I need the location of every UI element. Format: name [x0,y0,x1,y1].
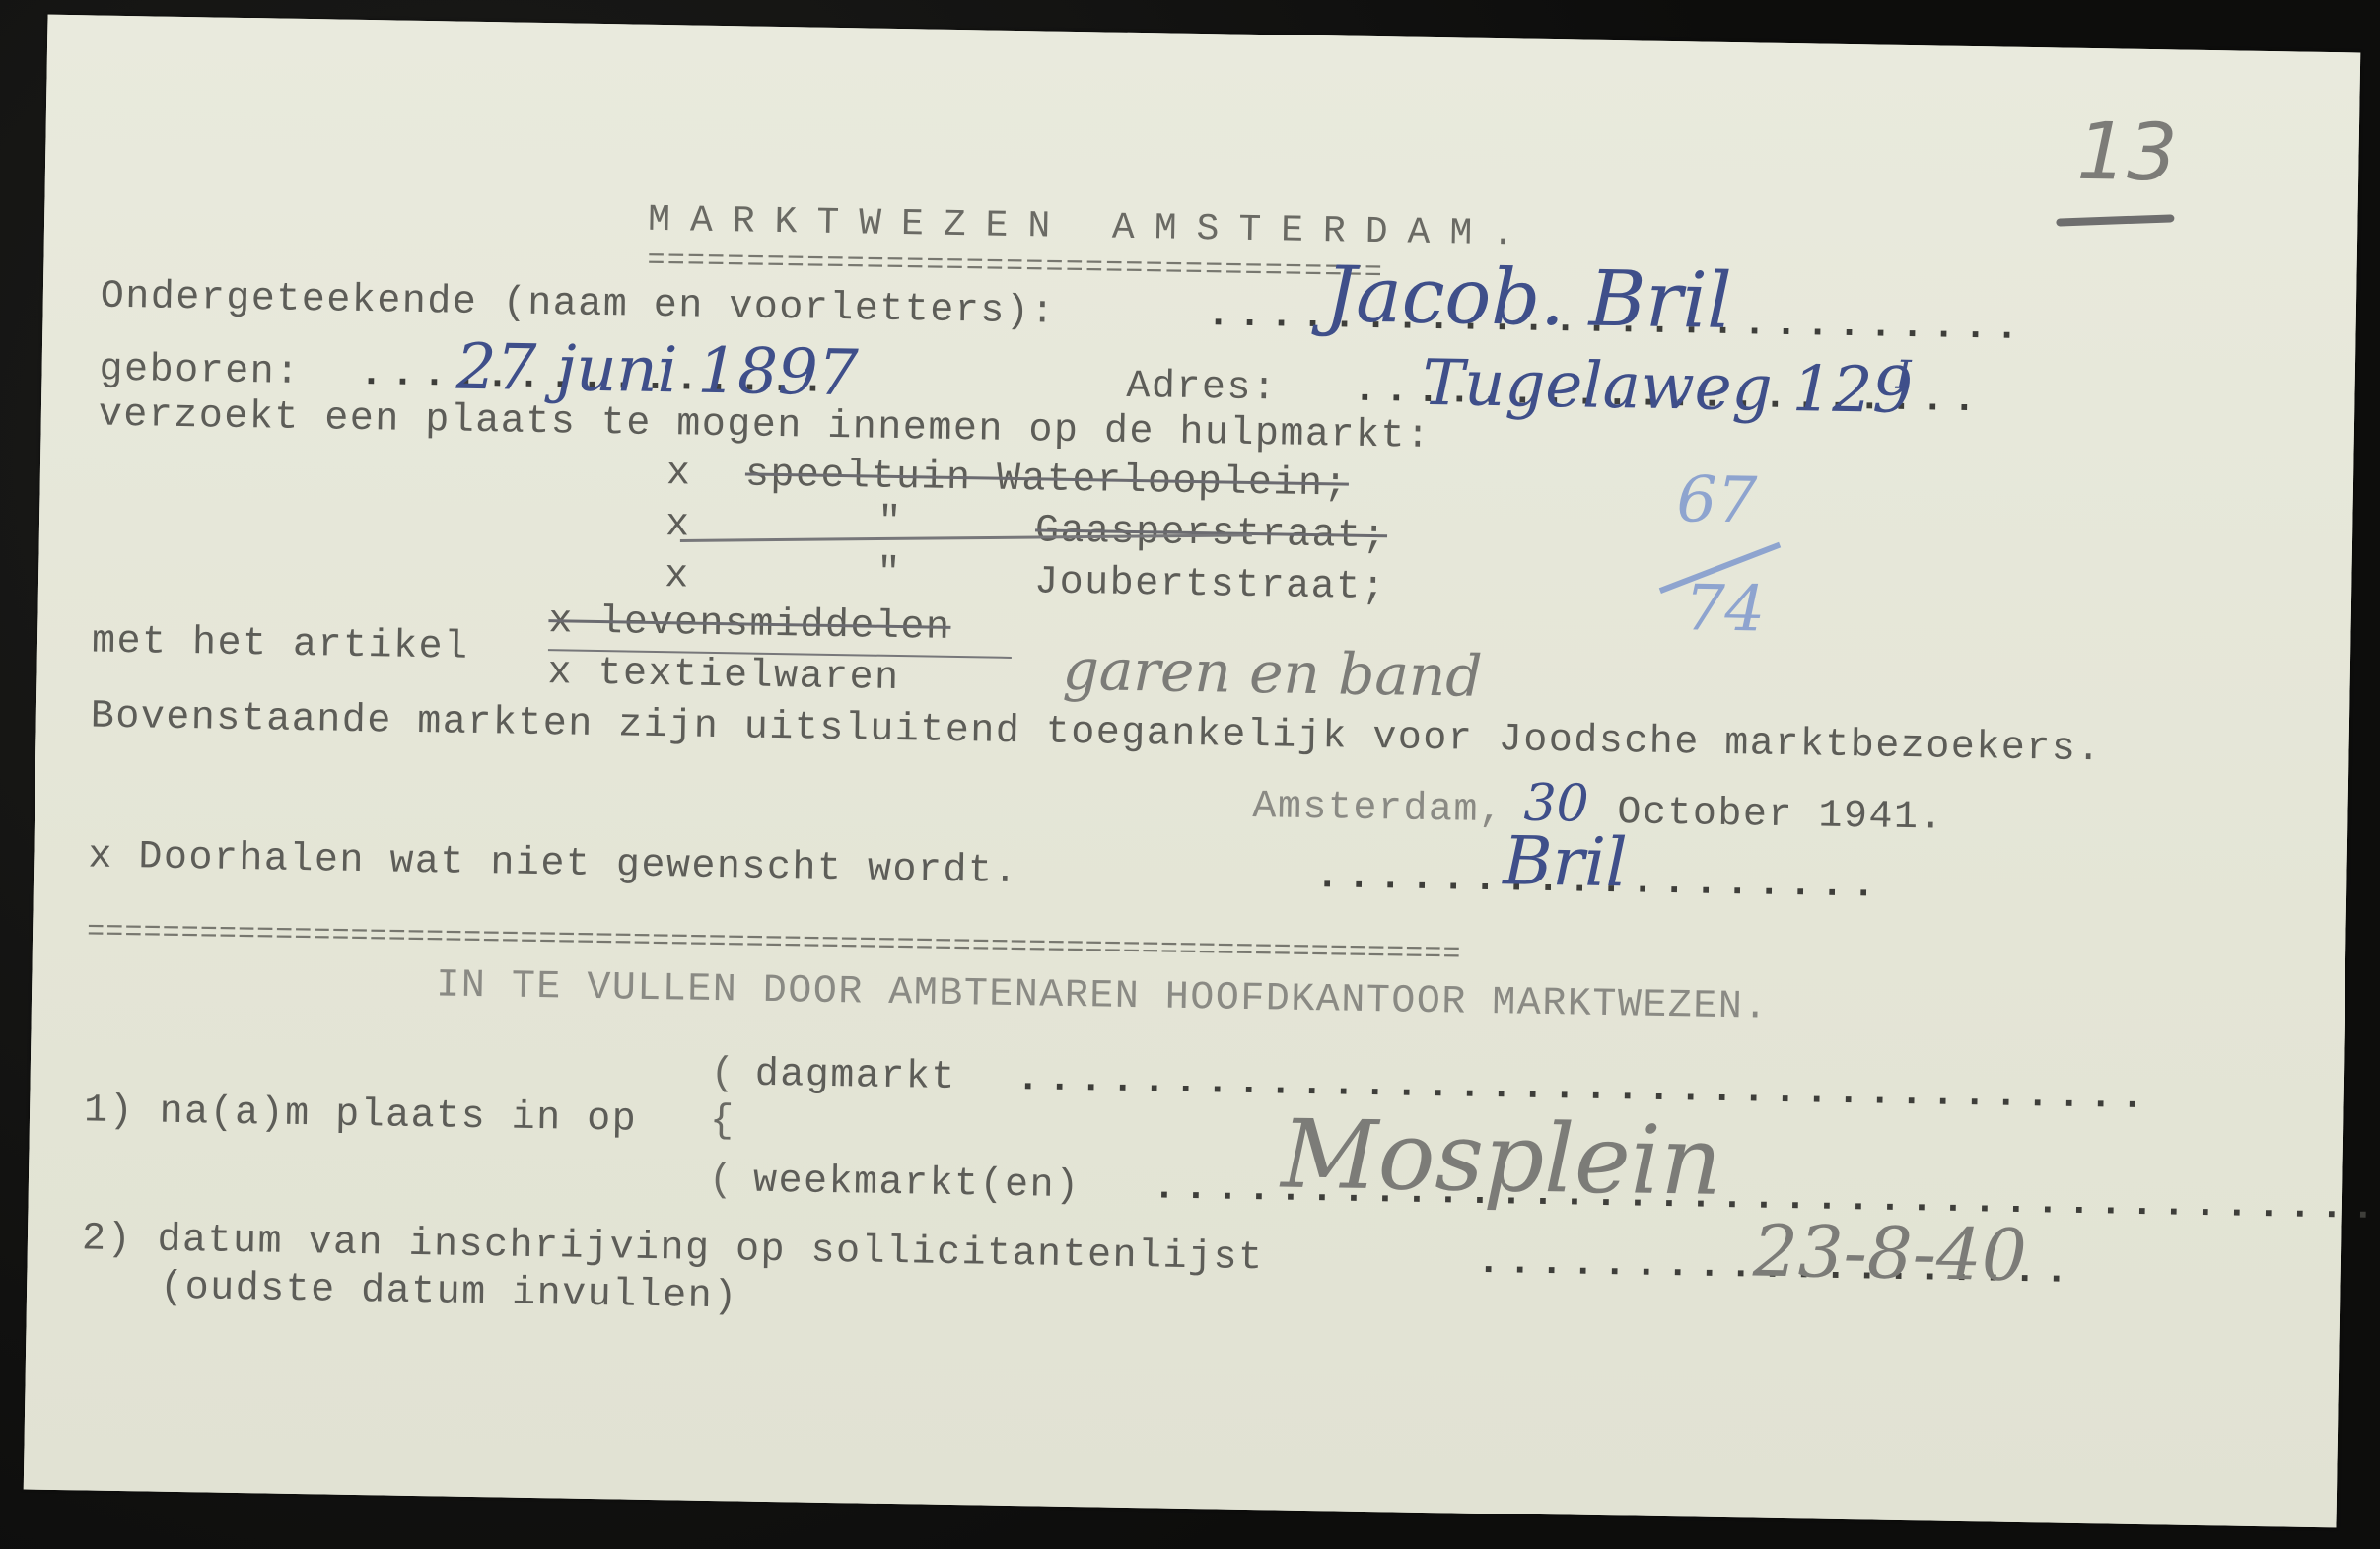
section-divider: ========================================… [87,917,1462,969]
weekmarkt-label: weekmarkt(en) [753,1159,1081,1211]
dagmarkt-label: dagmarkt [754,1052,956,1102]
item2-sublabel: (oudste datum invullen) [160,1265,738,1322]
signature[interactable]: Bril [1503,827,1628,898]
brace-middle: { [710,1098,735,1146]
article-option-textielwaren[interactable]: x textielwaren [547,650,900,703]
article-label: met het artikel [92,618,469,671]
market-mark[interactable]: x [666,451,692,498]
name-label: Ondergeteekende (naam en voorletters): [100,274,1056,337]
market-option-waterlooplein[interactable]: speeltuin Waterlooplein; [745,452,1350,509]
market-ditto: " [876,551,902,598]
form-document: 13 MARKTWEZEN AMSTERDAM. ===============… [24,15,2360,1528]
article-option-levensmiddelen[interactable]: x levensmiddelen [548,598,951,653]
market-mark[interactable]: x [665,502,691,549]
address-suffix: I [1895,341,1912,410]
date-month-year: October 1941. [1617,790,1944,842]
brace-bottom: ( [709,1158,734,1205]
side-note-bottom: 74 [1684,574,1766,644]
side-note-top: 67 [1676,465,1758,535]
market-option-joubertstraat[interactable]: Joubertstraat; [1034,559,1387,612]
name-handwritten[interactable]: Jacob. Bril [1324,260,1732,336]
address-label: Adres: [1126,364,1278,414]
market-mark[interactable]: x [665,553,690,600]
item1-label: 1) na(a)m plaats in op [84,1088,638,1144]
born-label: geboren: [99,347,301,397]
place-text: Amsterdam, [1252,784,1505,835]
weekmarkt-handwritten[interactable]: Mosplein [1281,1120,1722,1196]
article-handwritten[interactable]: garen en band [1062,635,1483,711]
market-list: x speeltuin Waterlooplein; x " Gaasperst… [48,15,2361,53]
office-section-heading: IN TE VULLEN DOOR AMBTENAREN HOOFDKANTOO… [436,962,1769,1031]
brace-top: ( [710,1051,735,1098]
notice-text: Bovenstaande markten zijn uitsluitend to… [90,693,2102,774]
born-handwritten[interactable]: 27 juni 1897 [455,333,859,409]
footnote-text: x Doorhalen wat niet gewenscht wordt. [88,833,1018,896]
corner-number-underline [2056,214,2174,226]
item2-handwritten-date[interactable]: 23-8-40 [1752,1217,2027,1291]
address-handwritten[interactable]: Tugelaweg 129 [1422,349,1914,426]
corner-page-number: 13 [2076,117,2178,188]
